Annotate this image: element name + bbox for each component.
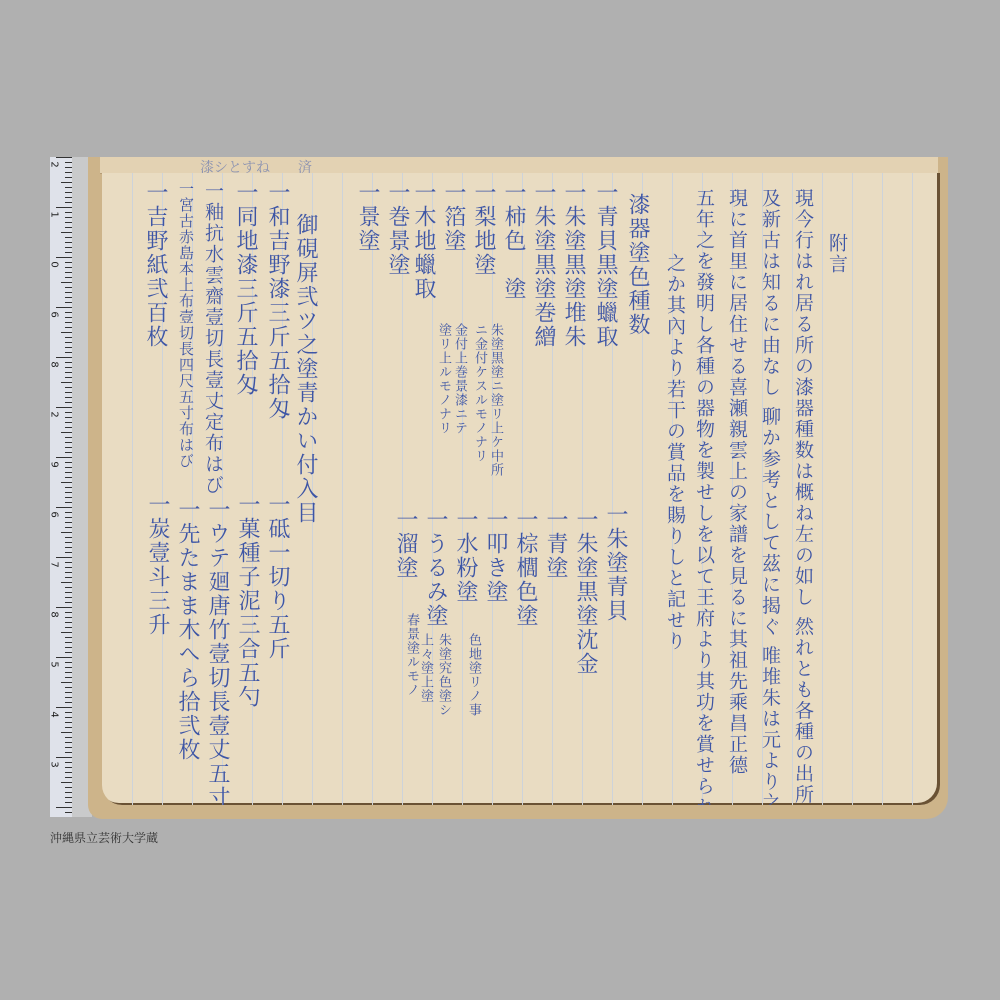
lacquer-item: 一巻景塗: [382, 181, 413, 277]
ruler-tick: [65, 237, 72, 238]
ruler-tick: [65, 272, 72, 273]
ruler-tick: [61, 682, 72, 683]
item-note: ニ金付ケスルモノナリ: [470, 323, 489, 463]
ruler-tick: [56, 807, 72, 808]
ruler-tick: [56, 657, 72, 658]
ruler-tick: [65, 767, 72, 768]
ruler-tick: [65, 462, 72, 463]
material-item: 一砥一切り五斤: [262, 493, 293, 661]
material-item: 一炭壹斗三升: [142, 493, 173, 637]
material-item: 一宮古赤島本上布壹切長四尺五寸布はび: [176, 181, 197, 469]
collection-credit: 沖縄県立芸術大学蔵: [50, 829, 158, 846]
ruler-tick: [56, 257, 72, 258]
ruler-tick: [65, 487, 72, 488]
ruler-tick: [56, 407, 72, 408]
ruler-tick: [65, 497, 72, 498]
ruler-tick: [65, 242, 72, 243]
page-rule-line: [912, 173, 913, 805]
ruler-tick: [65, 412, 72, 413]
ruler-tick: [65, 667, 72, 668]
ruler-tick: [65, 527, 72, 528]
ruler-tick: [65, 252, 72, 253]
ruler-tick: [65, 442, 72, 443]
item-note: 色地塗リノ事: [464, 633, 483, 717]
ruler-number: 5: [49, 661, 60, 667]
ruler-tick: [65, 297, 72, 298]
material-item: 一和吉野漆三斤五拾匁: [262, 181, 293, 421]
ruler-number: 7: [49, 561, 60, 567]
lacquer-item: 一棕櫚色塗: [510, 508, 541, 628]
ruler-tick: [65, 452, 72, 453]
ruler-tick: [56, 157, 72, 158]
material-item: 一吉野紙弐百枚: [140, 181, 171, 349]
ruler-tick: [65, 212, 72, 213]
ruler-tick: [65, 477, 72, 478]
item-note: 春景塗ルモノ: [402, 613, 421, 697]
page-rule-line: [462, 173, 463, 805]
ruler-tick: [56, 607, 72, 608]
ruler-tick: [65, 317, 72, 318]
ruler-tick: [65, 787, 72, 788]
ruler-number: 6: [49, 511, 60, 517]
ruler-number: 6: [49, 311, 60, 317]
lacquer-item: 一梨地塗: [468, 181, 499, 277]
ruler-tick: [56, 457, 72, 458]
ruler-tick: [65, 367, 72, 368]
ruler-tick: [65, 742, 72, 743]
ruler-tick: [65, 247, 72, 248]
ruler-tick: [65, 192, 72, 193]
ruler-tick: [61, 782, 72, 783]
ruler-tick: [65, 392, 72, 393]
ruler-tick: [65, 502, 72, 503]
ruler-tick: [61, 432, 72, 433]
ruler-tick: [65, 417, 72, 418]
ruler-tick: [65, 642, 72, 643]
material-item: 一同地漆三斤五拾匁: [230, 181, 261, 397]
ruler-tick: [65, 437, 72, 438]
lacquer-item: 一叩き塗: [480, 508, 511, 604]
ruler-tick: [65, 172, 72, 173]
page-rule-line: [372, 173, 373, 805]
ruler-tick: [65, 597, 72, 598]
ruler-tick: [65, 592, 72, 593]
preface-line-4: 五年之を發明し各種の器物を製せしを以て王府より其功を賞せられ: [691, 188, 718, 805]
ruler-tick: [65, 472, 72, 473]
ruler-tick: [56, 707, 72, 708]
ruler-tick: [65, 387, 72, 388]
ruler-tick: [65, 587, 72, 588]
ruler-number: 3: [49, 761, 60, 767]
preface-line-2: 及新古は知るに由なし 聊か参考として茲に揭ぐ 唯堆朱は元より之は: [757, 188, 784, 805]
ruler-tick: [65, 552, 72, 553]
ruler-tick: [65, 727, 72, 728]
ruler-tick: [65, 562, 72, 563]
ruler-tick: [65, 677, 72, 678]
appendix-title: 附言: [824, 233, 851, 275]
page-rule-line: [132, 173, 133, 805]
measurement-ruler: 2106829678543: [50, 157, 72, 817]
ruler-tick: [61, 232, 72, 233]
ruler-tick: [65, 402, 72, 403]
ruler-tick: [56, 207, 72, 208]
ruler-tick: [61, 482, 72, 483]
section-heading: 漆器塗色種数: [622, 193, 653, 337]
ruler-tick: [65, 372, 72, 373]
ruler-tick: [65, 377, 72, 378]
ruler-tick: [61, 732, 72, 733]
lacquer-item: 一朱塗黒塗堆朱: [558, 181, 589, 349]
ruler-tick: [56, 757, 72, 758]
lacquer-item: 一箔塗: [438, 181, 469, 253]
ruler-tick: [65, 572, 72, 573]
ruler-number: 4: [49, 711, 60, 717]
ruler-tick: [61, 282, 72, 283]
ruler-tick: [65, 327, 72, 328]
material-item: 一釉抗水雲齋壹切長壹丈定布はび: [200, 181, 227, 496]
ruler-tick: [65, 467, 72, 468]
ruler-tick: [61, 382, 72, 383]
ruler-number: 8: [49, 611, 60, 617]
preface-line-1: 現今行はれ居る所の漆器種数は概ね左の如し 然れとも各種の出所: [790, 188, 817, 805]
ruler-tick: [65, 277, 72, 278]
lacquer-item: 一朱塗黒塗沈金: [570, 508, 601, 676]
ruler-tick: [65, 637, 72, 638]
material-item: 一菓種子泥三合五勺: [232, 493, 263, 709]
ruler-tick: [65, 517, 72, 518]
ruler-number: 0: [49, 261, 60, 267]
ruler-tick: [65, 627, 72, 628]
ruler-tick: [65, 802, 72, 803]
ruler-tick: [65, 622, 72, 623]
ruler-tick: [65, 792, 72, 793]
ruler-number: 1: [49, 211, 60, 217]
ruler-tick: [65, 522, 72, 523]
ruler-tick: [65, 352, 72, 353]
ruler-tick: [56, 307, 72, 308]
preface-line-3: 現に首里に居住せる喜瀬親雲上の家譜を見るに其祖先乘昌正德: [724, 188, 751, 776]
ruler-tick: [61, 582, 72, 583]
lacquer-item: 一朱塗黒塗巻繒: [528, 181, 559, 349]
ruler-tick: [65, 177, 72, 178]
ruler-tick: [65, 602, 72, 603]
ruler-tick: [65, 747, 72, 748]
ruler-tick: [65, 722, 72, 723]
ruler-tick: [65, 567, 72, 568]
ruler-tick: [65, 777, 72, 778]
ruler-tick: [65, 492, 72, 493]
ruler-tick: [65, 222, 72, 223]
ruler-tick: [65, 322, 72, 323]
material-item: 一先たまま木へら拾弐枚: [172, 498, 203, 762]
lacquer-item: 一青貝黒塗蠟取: [590, 181, 621, 349]
previous-page-fragment: 漆シとすね 済: [200, 157, 326, 171]
ruler-tick: [65, 662, 72, 663]
ruler-tick: [65, 542, 72, 543]
ruler-tick: [65, 772, 72, 773]
ruler-tick: [56, 557, 72, 558]
ruler-tick: [65, 197, 72, 198]
ruler-tick: [65, 547, 72, 548]
ruler-tick: [65, 362, 72, 363]
ruler-tick: [65, 262, 72, 263]
ruler-tick: [65, 267, 72, 268]
lacquer-item: 一景塗: [352, 181, 383, 253]
ruler-tick: [65, 217, 72, 218]
ruler-tick: [65, 717, 72, 718]
ruler-tick: [65, 752, 72, 753]
ruler-tick: [65, 687, 72, 688]
preface-line-5: 之か其內より若干の賞品を賜りしと記せり: [662, 253, 689, 652]
ruler-tick: [65, 447, 72, 448]
ruler-tick: [65, 427, 72, 428]
ruler-tick: [65, 312, 72, 313]
ruler-tick: [65, 537, 72, 538]
ruler-tick: [65, 612, 72, 613]
ruler-tick: [65, 422, 72, 423]
ruler-tick: [65, 692, 72, 693]
ruler-tick: [65, 202, 72, 203]
page-rule-line: [882, 173, 883, 805]
ruler-tick: [65, 812, 72, 813]
item-note: 朱塗究色塗シ: [434, 633, 453, 717]
ruler-tick: [65, 647, 72, 648]
ruler-tick: [56, 357, 72, 358]
ruler-tick: [65, 617, 72, 618]
ruler-tick: [65, 652, 72, 653]
lacquer-item: 一青塗: [540, 508, 571, 580]
item-note: 塗リ上ルモノナリ: [434, 323, 453, 435]
ruler-tick: [65, 162, 72, 163]
ruler-tick: [61, 182, 72, 183]
ruler-tick: [65, 227, 72, 228]
ruler-tick: [61, 532, 72, 533]
notebook-page: 附言 現今行はれ居る所の漆器種数は概ね左の如し 然れとも各種の出所 及新古は知る…: [102, 173, 940, 805]
ruler-tick: [56, 507, 72, 508]
ruler-tick: [65, 347, 72, 348]
ruler-tick: [65, 187, 72, 188]
ruler-number: 8: [49, 361, 60, 367]
ruler-tick: [65, 342, 72, 343]
page-rule-line: [822, 173, 823, 805]
ruler-tick: [65, 797, 72, 798]
ruler-tick: [65, 702, 72, 703]
ruler-tick: [65, 697, 72, 698]
ruler-number: 2: [49, 161, 60, 167]
lacquer-item: 一柿色 塗: [498, 181, 529, 301]
ruler-tick: [65, 292, 72, 293]
ruler-number: 2: [49, 411, 60, 417]
ruler-tick: [61, 332, 72, 333]
materials-heading: 御硯屏弐ツ之塗青かい付入目: [290, 213, 321, 525]
lacquer-item: 一水粉塗: [450, 508, 481, 604]
ruler-tick: [65, 287, 72, 288]
page-rule-line: [342, 173, 343, 805]
ruler-tick: [65, 512, 72, 513]
ruler-tick: [65, 397, 72, 398]
ruler-tick: [65, 577, 72, 578]
ruler-tick: [65, 672, 72, 673]
ruler-tick: [65, 337, 72, 338]
page-rule-line: [852, 173, 853, 805]
ruler-tick: [65, 737, 72, 738]
ruler-number: 9: [49, 461, 60, 467]
lacquer-item: 一朱塗青貝: [600, 503, 631, 623]
ruler-tick: [61, 632, 72, 633]
lacquer-item: 一うるみ塗: [420, 508, 451, 628]
ruler-tick: [65, 167, 72, 168]
ruler-tick: [65, 762, 72, 763]
ruler-tick: [65, 302, 72, 303]
ruler-tick: [65, 712, 72, 713]
lacquer-item: 一溜塗: [390, 508, 421, 580]
material-item: 一ウテ廻唐竹壹切長壹丈五寸: [202, 498, 233, 805]
